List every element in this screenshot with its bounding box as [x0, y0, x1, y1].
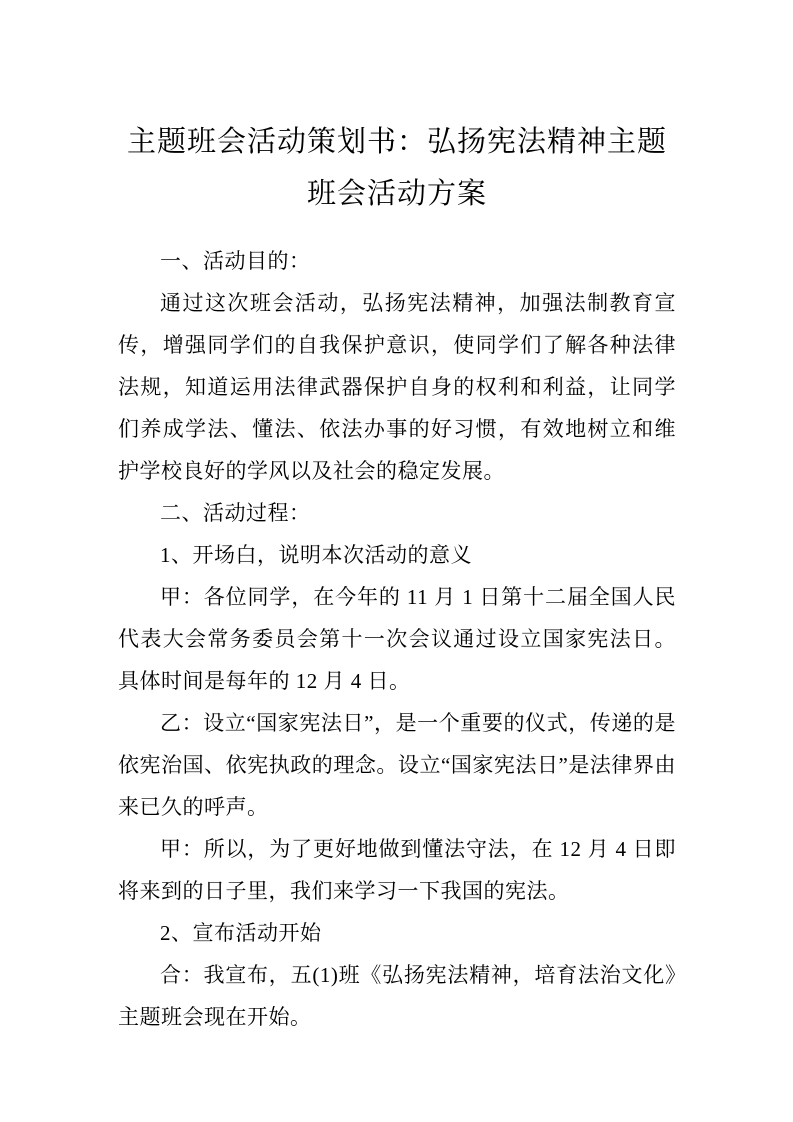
para-host-b: 乙：设立“国家宪法日”，是一个重要的仪式，传递的是依宪治国、依宪执政的理念。设立… — [118, 702, 676, 828]
para-host-a-2: 甲：所以，为了更好地做到懂法守法，在 12 月 4 日即将来到的日子里，我们来学… — [118, 828, 676, 912]
document-page: 主题班会活动策划书：弘扬宪法精神主题班会活动方案 一、活动目的： 通过这次班会活… — [0, 0, 793, 1122]
para-host-a-1: 甲：各位同学，在今年的 11 月 1 日第十二届全国人民代表大会常务委员会第十一… — [118, 576, 676, 702]
document-body: 一、活动目的： 通过这次班会活动，弘扬宪法精神，加强法制教育宣传，增强同学们的自… — [118, 240, 676, 1038]
para-step-1-opening: 1、开场白，说明本次活动的意义 — [118, 534, 676, 576]
para-host-all: 合：我宣布，五(1)班《弘扬宪法精神，培育法治文化》主题班会现在开始。 — [118, 954, 676, 1038]
para-step-2-announce: 2、宣布活动开始 — [118, 912, 676, 954]
section-heading-purpose: 一、活动目的： — [118, 240, 676, 282]
document-title: 主题班会活动策划书：弘扬宪法精神主题班会活动方案 — [118, 116, 676, 220]
para-purpose: 通过这次班会活动，弘扬宪法精神，加强法制教育宣传，增强同学们的自我保护意识，使同… — [118, 282, 676, 492]
section-heading-process: 二、活动过程： — [118, 492, 676, 534]
